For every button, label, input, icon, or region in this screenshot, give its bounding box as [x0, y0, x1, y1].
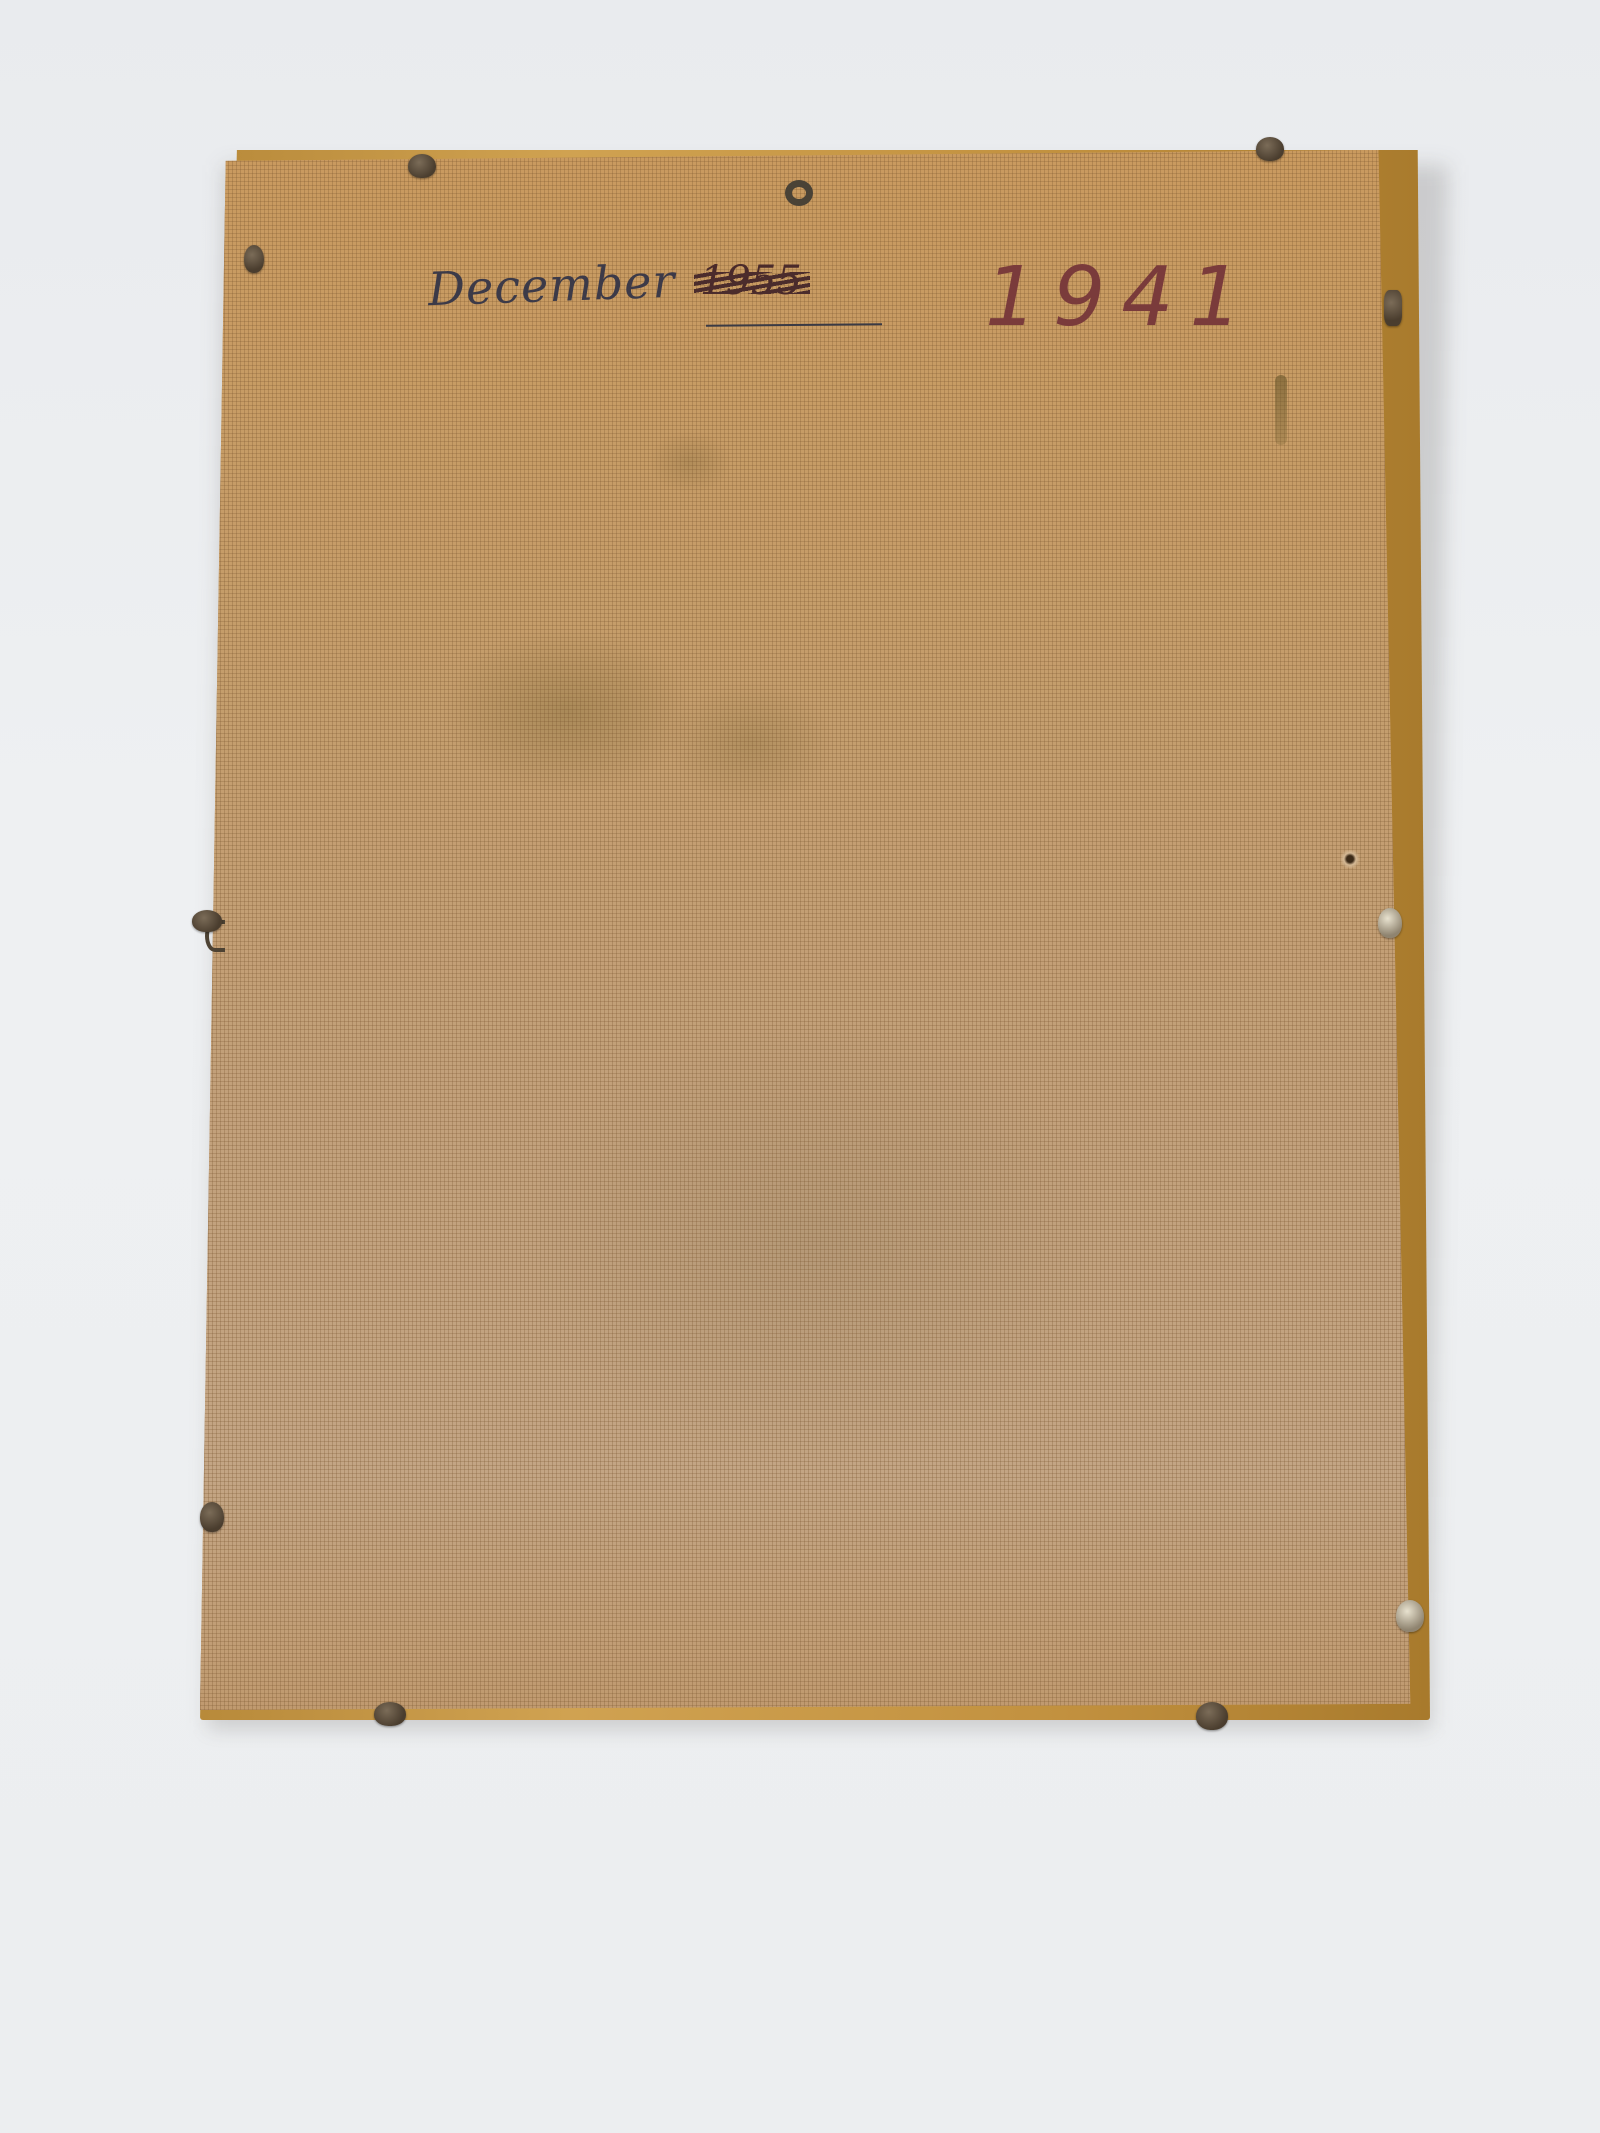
fastener-icon: [374, 1702, 406, 1726]
nail-hole: [1340, 850, 1360, 868]
photo-scene: December 1955 1941: [0, 0, 1600, 2133]
fastener-icon: [1384, 290, 1402, 326]
fastener-icon: [1378, 908, 1402, 938]
inscription-year: 1941: [985, 250, 1258, 345]
stain-mark: [1275, 375, 1287, 445]
fastener-icon: [1256, 137, 1284, 161]
fastener-icon: [1196, 1702, 1228, 1730]
fastener-icon: [408, 154, 436, 178]
fastener-icon: [200, 1502, 224, 1532]
hanging-ring-icon: [785, 180, 813, 206]
backing-board: [200, 150, 1425, 1710]
fastener-icon: [1396, 1600, 1424, 1632]
inscription-month: December: [427, 254, 676, 317]
fastener-icon: [192, 910, 222, 932]
inscription-struck-year: 1955: [700, 258, 802, 304]
fastener-icon: [244, 245, 264, 273]
